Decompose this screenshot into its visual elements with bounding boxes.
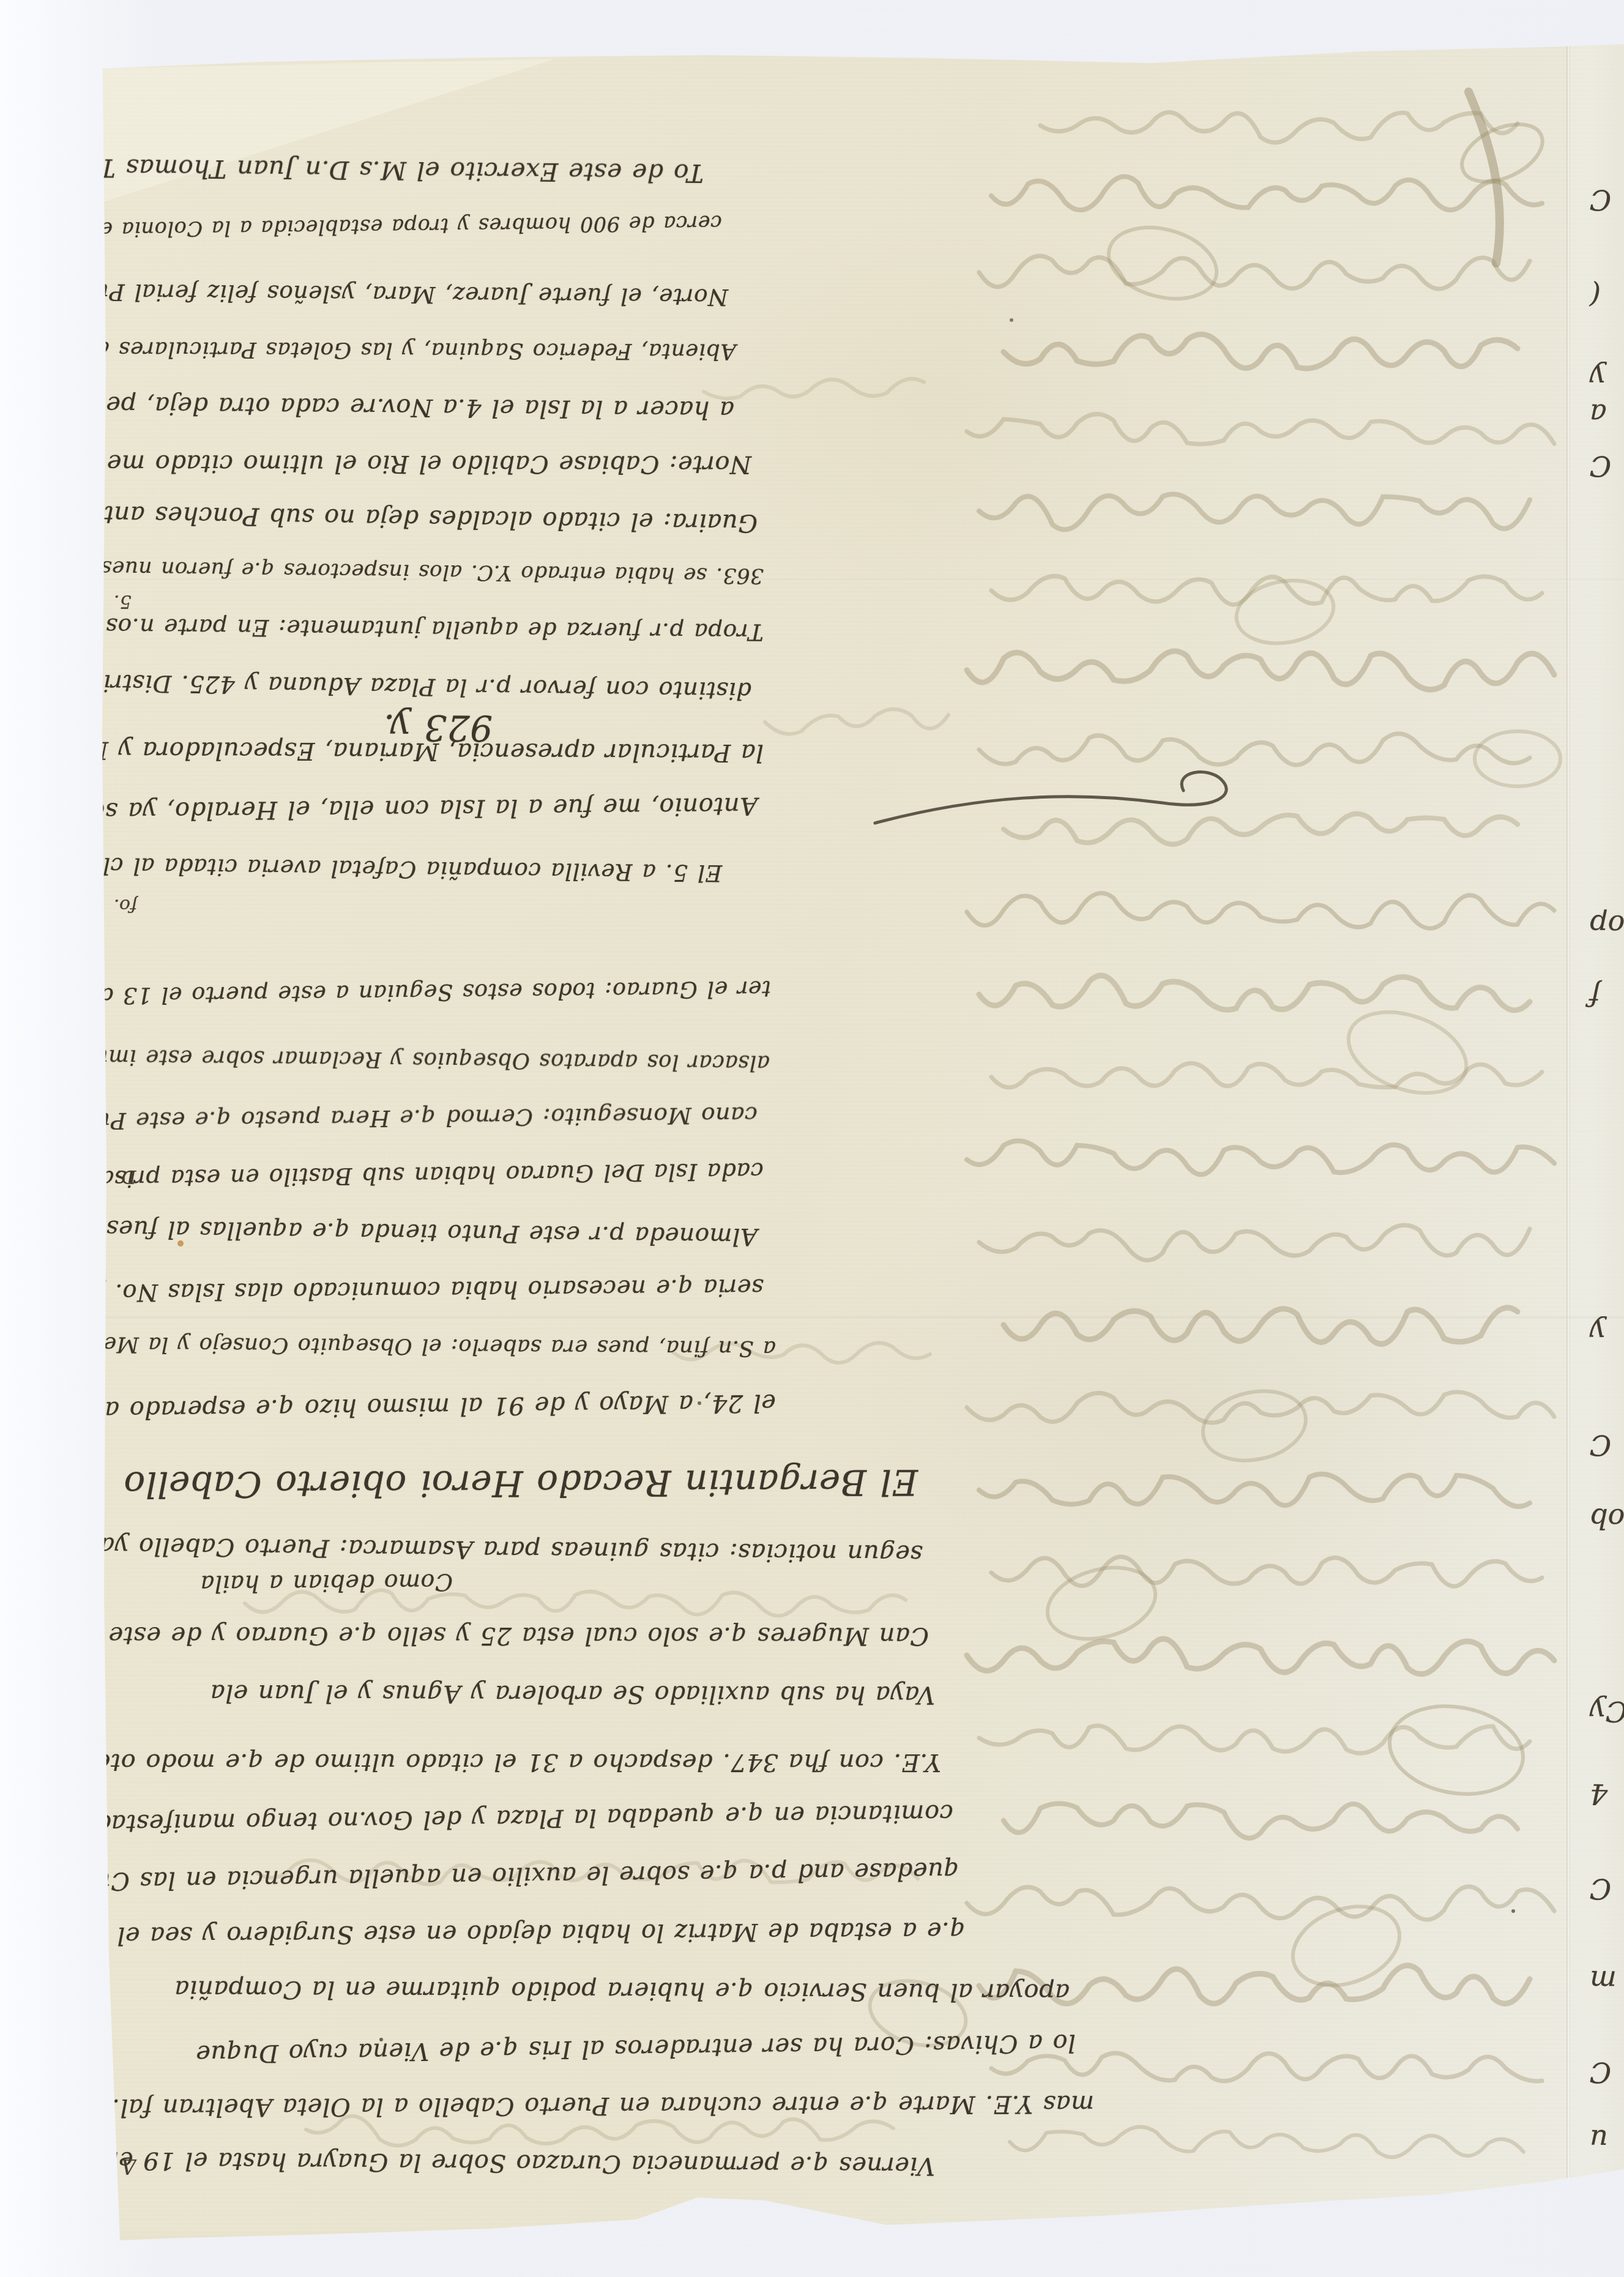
manuscript-line: apoyar al buen Servicio q.e hubiera podi… <box>140 1975 1070 2007</box>
bleed-through-flourish <box>1282 1893 1410 1999</box>
manuscript-line: la Particular apresencia, Mariana, Espec… <box>140 736 764 767</box>
manuscript-line: El 5. a Revilla compañia Cafetal averia … <box>184 854 722 887</box>
edge-fragment: y <box>1590 1316 1606 1349</box>
bleed-through-flourish <box>1232 573 1339 650</box>
edge-fragment: ob <box>1590 1502 1624 1536</box>
manuscript-line: el 24, a Mayo y de 91 al mismo hizo q.e … <box>140 1388 776 1423</box>
manuscript-line: Viernes q.e permanecia Curazao Sobre la … <box>140 2147 935 2180</box>
edge-fragment: C <box>1590 1429 1612 1463</box>
bleed-through-line <box>967 1639 1554 1674</box>
scan-background: { "palette":{ "scan_background":"#eff0f5… <box>0 0 1624 2277</box>
edge-fragment: ( <box>1590 278 1601 311</box>
manuscript-line: mas Y.E. Marte q.e entre cuchara en Puer… <box>140 2090 1094 2122</box>
bleed-through-line <box>979 1225 1530 1260</box>
manuscript-line: Norte: Cabiase Cabildo el Rio el ultimo … <box>140 449 751 479</box>
manuscript-line: Tropa p.r fuerza de aquella juntamente: … <box>140 613 764 646</box>
bleed-through-line <box>704 379 924 398</box>
bleed-through-line <box>1010 2127 1524 2158</box>
manuscript-line: Can Mugeres q.e solo cual esta 25 y sell… <box>140 1621 929 1650</box>
bleed-through-line <box>1040 112 1518 142</box>
manuscript-line: q.e a estaba de Matriz lo habia dejado e… <box>140 1917 966 1950</box>
manuscript-line: segun noticias: citas guineas para Asama… <box>140 1532 923 1568</box>
manuscript-line: Y.E. con fha 347. despacho a 31 el citad… <box>140 1748 941 1776</box>
bleed-through-line <box>991 1064 1542 1088</box>
manuscript-line: ter el Guarao: todos estos Seguian a est… <box>141 976 771 1009</box>
edge-fragment: C <box>1590 450 1612 483</box>
bleed-through-flourish <box>1196 1382 1312 1470</box>
manuscript-line: Guaira: el citado alcaldes deja no sub P… <box>140 501 758 537</box>
vertical-fold-crease <box>1566 44 1570 2181</box>
bleed-through-line <box>967 893 1554 928</box>
bleed-through-line <box>1004 1803 1518 1838</box>
bleed-through-flourish <box>1453 113 1552 193</box>
manuscript-line: Antonio, me fue a la Isla con ella, el H… <box>140 792 758 825</box>
large-script-line: El Bergantin Recado Heroi obierto Cabell… <box>184 1461 918 1505</box>
manuscript-line: quedase and p.a q.e sobre le auxilio en … <box>140 1857 959 1895</box>
edge-fragment: Cy <box>1590 1694 1624 1728</box>
manuscript-line: To de este Exercito el M.s D.n Juan Thom… <box>141 154 704 188</box>
edge-fragment: C <box>1590 1873 1612 1906</box>
bleed-through-flourish <box>1383 1696 1530 1804</box>
edge-fragment: 4 <box>1590 1778 1608 1811</box>
bleed-through-line <box>991 2053 1542 2081</box>
bleed-through-line <box>1004 814 1518 844</box>
bleed-through-line <box>991 1557 1542 1586</box>
bleed-through-flourish <box>1101 217 1224 310</box>
manuscript-line: cada Isla Del Guarao habian sub Bastilo … <box>140 1158 764 1192</box>
bleed-through-flourish <box>1338 997 1478 1108</box>
horizontal-fold-crease <box>104 1317 1624 1320</box>
edge-fragment: C <box>1590 184 1612 217</box>
ink-speck <box>177 1240 184 1247</box>
bleed-through-line <box>979 494 1530 529</box>
ink-speck <box>1010 318 1013 322</box>
bleed-through-line <box>967 1392 1554 1423</box>
manuscript-line: alsacar los aparatos Obsequios y Reclama… <box>140 1045 770 1076</box>
manuscript-line: lo a Chivas: Cora ha ser entraderos al I… <box>140 2029 1076 2069</box>
ink-speck <box>698 1401 701 1405</box>
paraph-mark: Δ <box>121 2154 136 2178</box>
paper-sheet: To de este Exercito el M.s D.n Juan Thom… <box>0 0 1624 2277</box>
edge-fragment: C <box>1590 2056 1612 2090</box>
bleed-through-line <box>967 1887 1554 1920</box>
manuscript-line: seria q.e necesario habia comunicado ala… <box>140 1273 764 1306</box>
edge-fragment: y <box>1590 361 1606 394</box>
bleed-through-line <box>1004 1308 1518 1344</box>
edge-fragment: m <box>1590 1964 1617 1998</box>
ink-swash <box>875 772 1226 823</box>
manuscript-line: Vaya ha sub auxiliado Se arbolera y Agnu… <box>140 1679 935 1709</box>
ink-speck <box>379 2038 383 2041</box>
bleed-through-line <box>979 1474 1530 1507</box>
manuscript-line: Abienta, Federico Saquina, y las Goletas… <box>140 337 736 364</box>
bleed-through-line <box>765 709 948 734</box>
bleed-through-line <box>979 1726 1530 1753</box>
bleed-through-flourish <box>1475 731 1560 786</box>
edge-fragment: a <box>1590 398 1607 431</box>
manuscript-line: distinto con fervor p.r la Plaza Aduana … <box>140 669 751 705</box>
manuscript-line: a S.n fina, pues era saberlo: el Obsequi… <box>140 1332 776 1362</box>
ink-speck <box>1511 1909 1515 1913</box>
manuscript-line: 363. se habia entrado Y.C. alos inspecto… <box>140 556 764 588</box>
bleed-through-line <box>967 414 1554 444</box>
margin-note: fo. <box>114 895 137 916</box>
manuscript-line: Norte, el fuerte Juarez, Mara, ysleños f… <box>141 279 728 311</box>
manuscript-line: Como debian a haila <box>196 1568 453 1597</box>
bleed-through-line <box>991 177 1542 211</box>
bleed-through-line <box>967 1141 1554 1174</box>
manuscript-line: a hacer a la Isla el 4.a Nov.re cada otr… <box>141 391 734 424</box>
bleed-through-line <box>979 256 1530 289</box>
bleed-through-streak <box>1469 92 1500 263</box>
manuscript-line: cerca de 900 hombres y tropa establecida… <box>153 211 722 241</box>
edge-fragment: u <box>1590 2123 1609 2157</box>
bleed-through-line <box>979 975 1530 1010</box>
bleed-through-line <box>967 651 1554 690</box>
bleed-through-line <box>979 734 1530 765</box>
bleed-through-flourish <box>1040 1557 1163 1650</box>
edge-fragment: f <box>1590 979 1601 1012</box>
margin-note: 5. <box>114 591 132 612</box>
manuscript-line: Almoneda p.r este Punto tienda q.e aquel… <box>140 1215 758 1251</box>
margin-note: D. <box>116 1166 136 1187</box>
manuscript-line: cano Monseguito: Cernod q.e Hera puesto … <box>140 1101 758 1134</box>
bleed-through-line <box>1004 334 1518 368</box>
manuscript-line: comitancia en q.e quedaba la Plaza y del… <box>140 1799 953 1838</box>
edge-fragment: op <box>1590 909 1624 942</box>
